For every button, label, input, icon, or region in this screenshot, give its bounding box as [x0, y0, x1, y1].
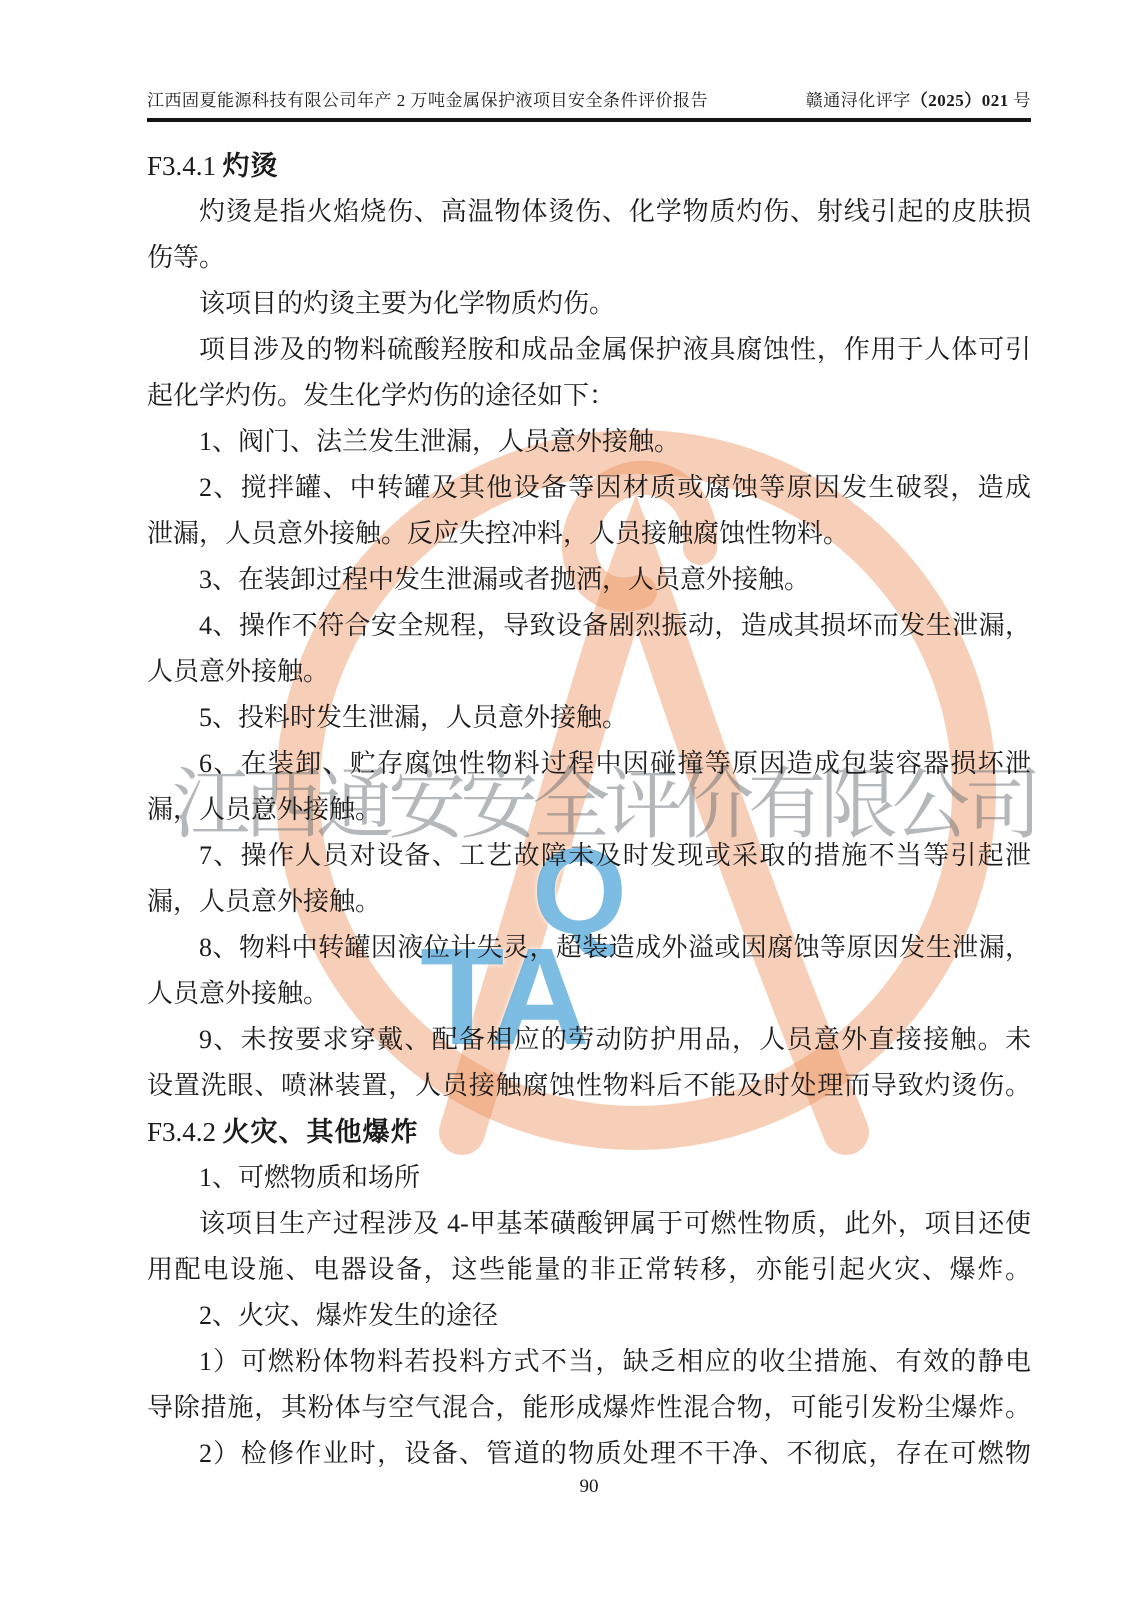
section-title: 火灾、其他爆炸 [223, 1117, 419, 1147]
text-line: 泄漏，人员意外接触。反应失控冲料，人员接触腐蚀性物料。 [147, 511, 1031, 557]
page-number: 90 [147, 1476, 1031, 1498]
header-report-title: 江西固夏能源科技有限公司年产 2 万吨金属保护液项目安全条件评价报告 [147, 86, 708, 111]
text-line: 伤等。 [147, 235, 1031, 281]
text-line: 9、未按要求穿戴、配备相应的劳动防护用品，人员意外直接接触。未 [147, 1017, 1031, 1063]
text-line: 3、在装卸过程中发生泄漏或者抛洒，人员意外接触。 [147, 557, 1031, 603]
text-line: 1、阀门、法兰发生泄漏，人员意外接触。 [147, 419, 1031, 465]
text-line: 2）检修作业时，设备、管道的物质处理不干净、不彻底，存在可燃物 [147, 1431, 1031, 1477]
section-title: 灼烫 [223, 151, 279, 181]
text-line: 2、火灾、爆炸发生的途径 [147, 1293, 1031, 1339]
text-line: 漏，人员意外接触。 [147, 787, 1031, 833]
header-document-number: 赣通浔化评字（2025）021 号 [806, 86, 1031, 111]
text-line: 漏，人员意外接触。 [147, 879, 1031, 925]
text-line: 该项目生产过程涉及 4-甲基苯磺酸钾属于可燃性物质，此外，项目还使 [147, 1201, 1031, 1247]
text-line: 人员意外接触。 [147, 971, 1031, 1017]
text-line: 8、物料中转罐因液位计失灵，超装造成外溢或因腐蚀等原因发生泄漏， [147, 925, 1031, 971]
text-line: 用配电设施、电器设备，这些能量的非正常转移，亦能引起火灾、爆炸。 [147, 1247, 1031, 1293]
text-line: 人员意外接触。 [147, 649, 1031, 695]
text-line: 1、可燃物质和场所 [147, 1155, 1031, 1201]
text-line: 7、操作人员对设备、工艺故障未及时发现或采取的措施不当等引起泄 [147, 833, 1031, 879]
text-line: 1）可燃粉体物料若投料方式不当，缺乏相应的收尘措施、有效的静电 [147, 1339, 1031, 1385]
body-lines: F3.4.1 灼烫灼烫是指火焰烧伤、高温物体烫伤、化学物质灼伤、射线引起的皮肤损… [147, 143, 1031, 1477]
section-heading: F3.4.2 火灾、其他爆炸 [147, 1109, 1031, 1155]
page-header: 江西固夏能源科技有限公司年产 2 万吨金属保护液项目安全条件评价报告 赣通浔化评… [147, 86, 1031, 122]
text-line: 导除措施，其粉体与空气混合，能形成爆炸性混合物，可能引发粉尘爆炸。 [147, 1385, 1031, 1431]
text-line: 项目涉及的物料硫酸羟胺和成品金属保护液具腐蚀性，作用于人体可引 [147, 327, 1031, 373]
section-heading: F3.4.1 灼烫 [147, 143, 1031, 189]
section-number: F3.4.1 [147, 151, 216, 181]
section-number: F3.4.2 [147, 1117, 216, 1147]
text-line: 2、搅拌罐、中转罐及其他设备等因材质或腐蚀等原因发生破裂，造成 [147, 465, 1031, 511]
text-line: 起化学灼伤。发生化学灼伤的途径如下： [147, 373, 1031, 419]
text-line: 灼烫是指火焰烧伤、高温物体烫伤、化学物质灼伤、射线引起的皮肤损 [147, 189, 1031, 235]
document-page: Q TA 江西通安安全评价有限公司 江西固夏能源科技有限公司年产 2 万吨金属保… [0, 0, 1131, 1600]
text-line: 4、操作不符合安全规程，导致设备剧烈振动，造成其损坏而发生泄漏， [147, 603, 1031, 649]
text-line: 该项目的灼烫主要为化学物质灼伤。 [147, 281, 1031, 327]
text-line: 6、在装卸、贮存腐蚀性物料过程中因碰撞等原因造成包装容器损坏泄 [147, 741, 1031, 787]
text-line: 设置洗眼、喷淋装置，人员接触腐蚀性物料后不能及时处理而导致灼烫伤。 [147, 1063, 1031, 1109]
header-doc-number-value: （2025）021 [911, 91, 1009, 110]
text-line: 5、投料时发生泄漏，人员意外接触。 [147, 695, 1031, 741]
